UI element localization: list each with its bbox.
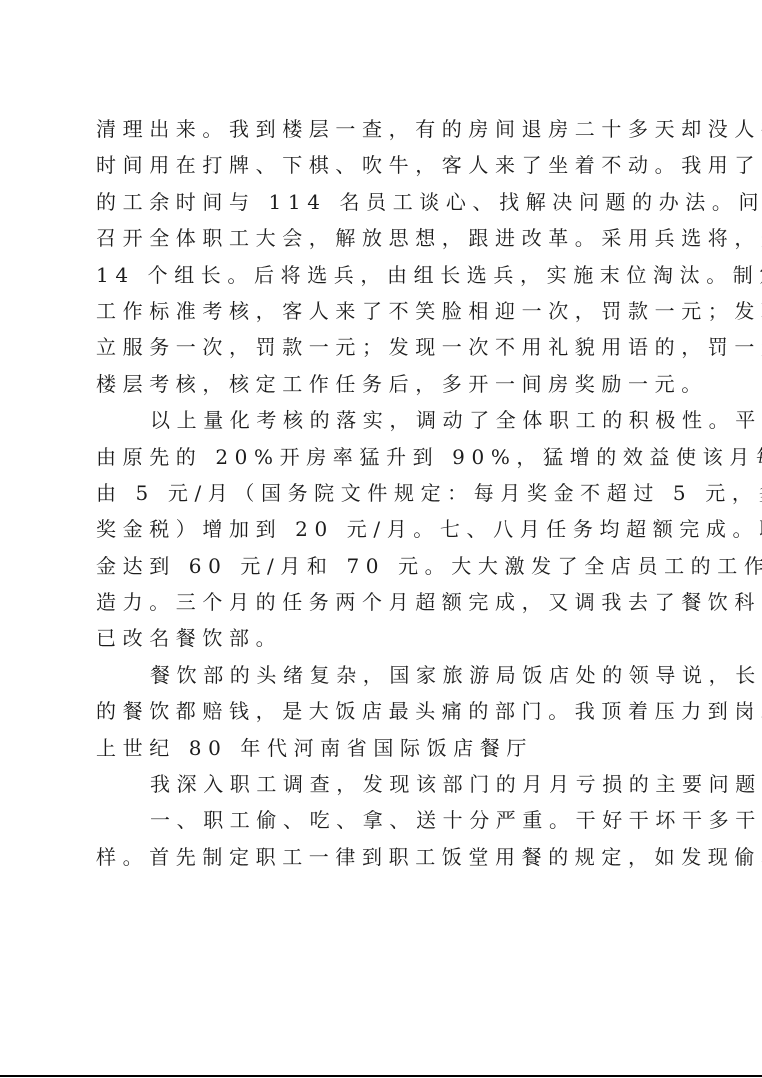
text-line: 由 5 元/月（国务院文件规定：每月奖金不超过 5 元，多发责交: [96, 475, 668, 511]
text-line: 的餐饮都赔钱，是大饭店最头痛的部门。我顶着压力到岗。: [96, 693, 668, 729]
text-line: 样。首先制定职工一律到职工饭堂用餐的规定，如发现偷、吃、: [96, 839, 668, 875]
text-line: 召开全体职工大会，解放思想，跟进改革。采用兵选将，先票选: [96, 220, 668, 256]
text-line: 立服务一次，罚款一元；发现一次不用礼貌用语的，罚一元。分: [96, 329, 668, 365]
document-page: 清理出来。我到楼层一查，有的房间退房二十多天却没人打扫。 时间用在打牌、下棋、吹…: [0, 0, 762, 1078]
paragraph-start-line: 一、职工偷、吃、拿、送十分严重。干好干坏干多干少一个: [96, 802, 668, 838]
text-line: 工作标准考核，客人来了不笑脸相迎一次，罚款一元；发现没站: [96, 293, 668, 329]
paragraph-start-line: 我深入职工调查，发现该部门的月月亏损的主要问题是：: [96, 766, 668, 802]
text-line: 楼层考核，核定工作任务后，多开一间房奖励一元。: [96, 366, 668, 402]
text-line: 14 个组长。后将选兵，由组长选兵，实施末位淘汰。制定严格的: [96, 257, 668, 293]
text-line: 清理出来。我到楼层一查，有的房间退房二十多天却没人打扫。: [96, 111, 668, 147]
text-line: 造力。三个月的任务两个月超额完成，又调我去了餐饮科，当时: [96, 584, 668, 620]
bottom-border-line: [0, 1075, 762, 1077]
text-line: 已改名餐饮部。: [96, 620, 668, 656]
image-caption: 上世纪 80 年代河南省国际饭店餐厅: [96, 730, 668, 766]
text-line: 时间用在打牌、下棋、吹牛，客人来了坐着不动。我用了一个月: [96, 147, 668, 183]
paragraph-start-line: 以上量化考核的落实，调动了全体职工的积极性。平均楼层: [96, 402, 668, 438]
body-text: 清理出来。我到楼层一查，有的房间退房二十多天却没人打扫。 时间用在打牌、下棋、吹…: [96, 111, 668, 875]
text-line: 奖金税）增加到 20 元/月。七、八月任务均超额完成。职工月奖: [96, 511, 668, 547]
paragraph-start-line: 餐饮部的头绪复杂，国家旅游局饭店处的领导说，长江以北: [96, 657, 668, 693]
text-line: 金达到 60 元/月和 70 元。大大激发了全店员工的工作热情和创: [96, 548, 668, 584]
text-line: 的工余时间与 114 名员工谈心、找解决问题的办法。问题摸清后，: [96, 184, 668, 220]
text-line: 由原先的 20%开房率猛升到 90%，猛增的效益使该月每人奖金，: [96, 439, 668, 475]
